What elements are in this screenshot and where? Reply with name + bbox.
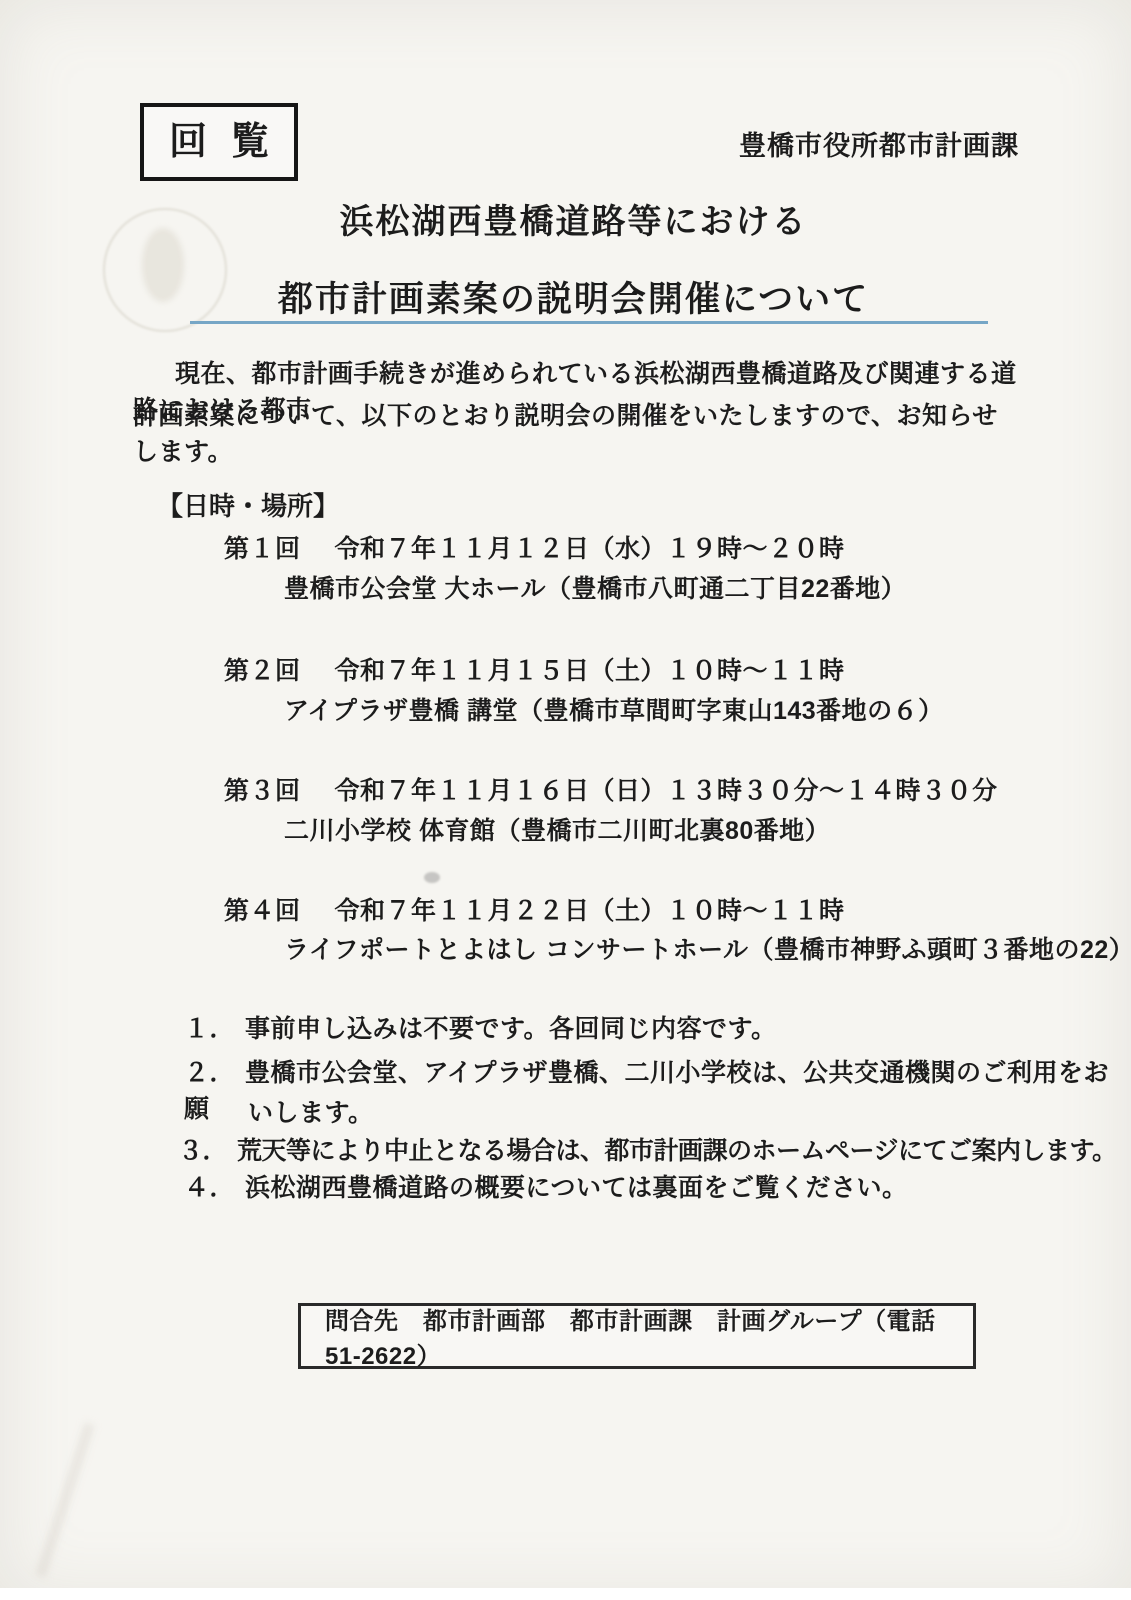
session-3-label: 第３回 xyxy=(224,777,301,805)
contact-info-box: 問合先 都市計画部 都市計画課 計画グループ（電話 51-2622） xyxy=(298,1303,976,1369)
session-1-date-row: 第１回令和７年１１月１２日（水）１９時～２０時 xyxy=(224,529,845,565)
note-item-3: ３．荒天等により中止となる場合は、都市計画課のホームページにてご案内します。 xyxy=(178,1131,1117,1167)
document-title-line2: 都市計画素案の説明会開催について xyxy=(0,272,1131,322)
note-3-text: 荒天等により中止となる場合は、都市計画課のホームページにてご案内します。 xyxy=(237,1137,1117,1165)
session-2-venue: アイプラザ豊橋 講堂（豊橋市草間町字東山143番地の６） xyxy=(284,691,944,727)
circulation-stamp-box: 回覧 xyxy=(140,103,298,181)
scan-speck-artifact xyxy=(424,872,440,883)
session-4-venue: ライフポートとよはし コンサートホール（豊橋市神野ふ頭町３番地の22） xyxy=(284,930,1131,966)
scan-streak-artifact xyxy=(36,1422,95,1577)
session-4-datetime: 令和７年１１月２２日（土）１０時～１１時 xyxy=(335,897,845,925)
session-4-label: 第４回 xyxy=(224,897,301,925)
note-4-text: 浜松湖西豊橋道路の概要については裏面をご覧ください。 xyxy=(245,1174,908,1202)
session-2-label: 第２回 xyxy=(224,657,301,685)
session-3-datetime: 令和７年１１月１６日（日）１３時３０分～１４時３０分 xyxy=(335,777,998,805)
note-item-4: ４．浜松湖西豊橋道路の概要については裏面をご覧ください。 xyxy=(184,1168,908,1204)
issuing-department: 豊橋市役所都市計画課 xyxy=(739,124,1019,163)
session-3-date-row: 第３回令和７年１１月１６日（日）１３時３０分～１４時３０分 xyxy=(224,771,998,807)
session-2-datetime: 令和７年１１月１５日（土）１０時～１１時 xyxy=(335,657,845,685)
intro-paragraph-line2: 計画素案について、以下のとおり説明会の開催をいたしますので、お知らせします。 xyxy=(133,396,1023,468)
session-1-venue: 豊橋市公会堂 大ホール（豊橋市八町通二丁目22番地） xyxy=(284,569,906,605)
note-4-number: ４． xyxy=(184,1174,235,1202)
title-underline xyxy=(190,321,988,324)
section-heading-datetime-place: 【日時・場所】 xyxy=(157,486,339,523)
note-item-1: １．事前申し込みは不要です。各回同じ内容です。 xyxy=(184,1009,777,1045)
note-1-text: 事前申し込みは不要です。各回同じ内容です。 xyxy=(245,1015,777,1043)
session-3-venue: 二川小学校 体育館（豊橋市二川町北裏80番地） xyxy=(284,811,830,847)
session-1-label: 第１回 xyxy=(224,535,301,563)
contact-info-text: 問合先 都市計画部 都市計画課 計画グループ（電話 51-2622） xyxy=(325,1301,973,1371)
note-3-number: ３． xyxy=(178,1137,227,1165)
scan-edge-strip xyxy=(0,1588,1131,1600)
session-4-date-row: 第４回令和７年１１月２２日（土）１０時～１１時 xyxy=(224,891,845,927)
scanned-document-page: 回覧 豊橋市役所都市計画課 浜松湖西豊橋道路等における 都市計画素案の説明会開催… xyxy=(0,0,1131,1600)
session-2-date-row: 第２回令和７年１１月１５日（土）１０時～１１時 xyxy=(224,651,845,687)
document-title-line1: 浜松湖西豊橋道路等における xyxy=(0,194,1131,243)
note-item-2-continuation: いします。 xyxy=(248,1093,374,1129)
circulation-stamp-label: 回覧 xyxy=(145,123,293,161)
note-2-number: ２． xyxy=(184,1059,235,1087)
session-1-datetime: 令和７年１１月１２日（水）１９時～２０時 xyxy=(335,535,845,563)
note-1-number: １． xyxy=(184,1015,235,1043)
